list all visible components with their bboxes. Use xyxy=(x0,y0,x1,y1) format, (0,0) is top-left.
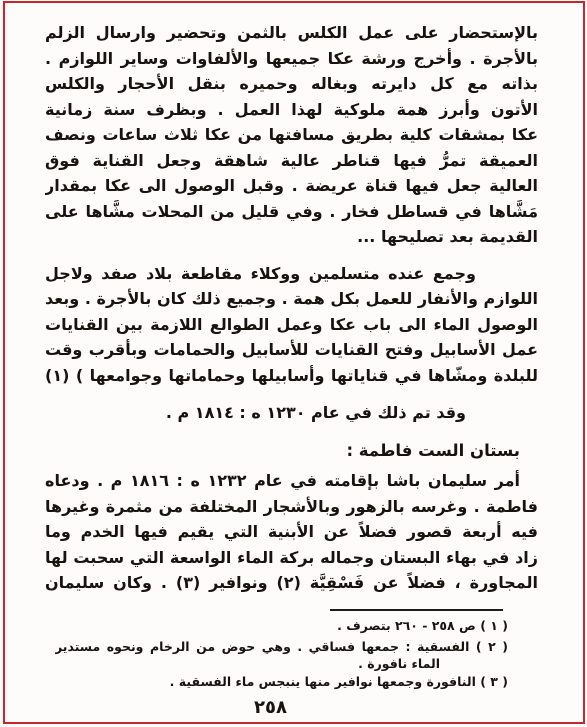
paragraph-3: وقد تم ذلك في عام ١٢٣٠ ه : ١٨١٤ م . xyxy=(45,400,538,426)
paragraph-1: بالإستحضار على عمل الكلس بالثمن وتحضير و… xyxy=(45,20,538,250)
body-text: بالإستحضار على عمل الكلس بالثمن وتحضير و… xyxy=(45,20,538,596)
text-line: القديمة بعد تصليحها ... xyxy=(45,224,538,250)
text-line: بالإستحضار على عمل الكلس بالثمن وتحضير و… xyxy=(45,20,538,46)
text-line: عمل الأسابيل وفتح القنايات للأسابيل والح… xyxy=(45,337,538,363)
book-page: بالإستحضار على عمل الكلس بالثمن وتحضير و… xyxy=(0,0,587,727)
text-line: الوصول الماء الى باب عكا وعمل الطوالع ال… xyxy=(45,312,538,338)
text-line: العالية جعل فيها قناة عريضة . وقبل الوصو… xyxy=(45,173,538,199)
text-line: بالأجرة . وأخرج ورشة عكا جميعها والألفاو… xyxy=(45,46,538,72)
text-line: الأتون وأبرز همة ملوكية لهذا العمل . وبظ… xyxy=(45,97,538,123)
page-number: ٢٥٨ xyxy=(0,697,541,718)
paragraph-4: أمر سليمان باشا بإقامته في عام ١٢٣٢ ه : … xyxy=(45,468,538,596)
section-heading: بستان الست فاطمة : xyxy=(45,438,520,464)
text-line: العميقة تمرُّ فيها قناطر عالية شاهقة وجع… xyxy=(45,148,538,174)
footnote-line: ( ١ ) ص ٢٥٨ - ٢٦٠ بتصرف . xyxy=(55,617,508,634)
footnote-line: الماء نافورة . xyxy=(55,655,440,672)
text-line: للبلدة ومشّاها في قناياتها وأسابيلها وحم… xyxy=(45,363,538,389)
text-line: مَشَّاها في قساطل فخار . وفي قليل من الم… xyxy=(45,199,538,225)
footnotes-block: ( ١ ) ص ٢٥٨ - ٢٦٠ بتصرف . ( ٢ ) الفسقية … xyxy=(55,617,508,690)
footnote-line: ( ٣ ) النافورة وجمعها نوافير منها ينبجس … xyxy=(55,673,508,690)
footnote-line: ( ٢ ) الفسقية : جمعها فساقي . وهي حوض من… xyxy=(55,638,508,655)
text-line: فاطمة . وغرسه بالزهور وبالأشجار المختلفة… xyxy=(45,494,538,520)
text-line: أمر سليمان باشا بإقامته في عام ١٢٣٢ ه : … xyxy=(45,468,538,494)
text-line: بذاته مع كل دايرته وبغاله وحميره بنقل ال… xyxy=(45,71,538,97)
text-line: اللوازم والأنفار للعمل بكل همة . وجميع ذ… xyxy=(45,286,538,312)
paragraph-2: وجمع عنده متسلمين ووكلاء مقاطعة بلاد صفد… xyxy=(45,261,538,389)
text-line: وقد تم ذلك في عام ١٢٣٠ ه : ١٨١٤ م . xyxy=(45,400,538,426)
text-line: زاد في بهاء البستان وجماله بركة الماء ال… xyxy=(45,545,538,571)
footnote-divider xyxy=(330,609,503,611)
text-line: وجمع عنده متسلمين ووكلاء مقاطعة بلاد صفد… xyxy=(45,261,538,287)
text-line: فيه أربعة قصور فضلاً عن الأبنية التي يقي… xyxy=(45,519,538,545)
text-line: عكا بمشقات كلية بطريق مسافتها من عكا ثلا… xyxy=(45,122,538,148)
text-line: المجاورة ، فضلاً عن فَسْقِيَّة (٢) ونواف… xyxy=(45,570,538,596)
